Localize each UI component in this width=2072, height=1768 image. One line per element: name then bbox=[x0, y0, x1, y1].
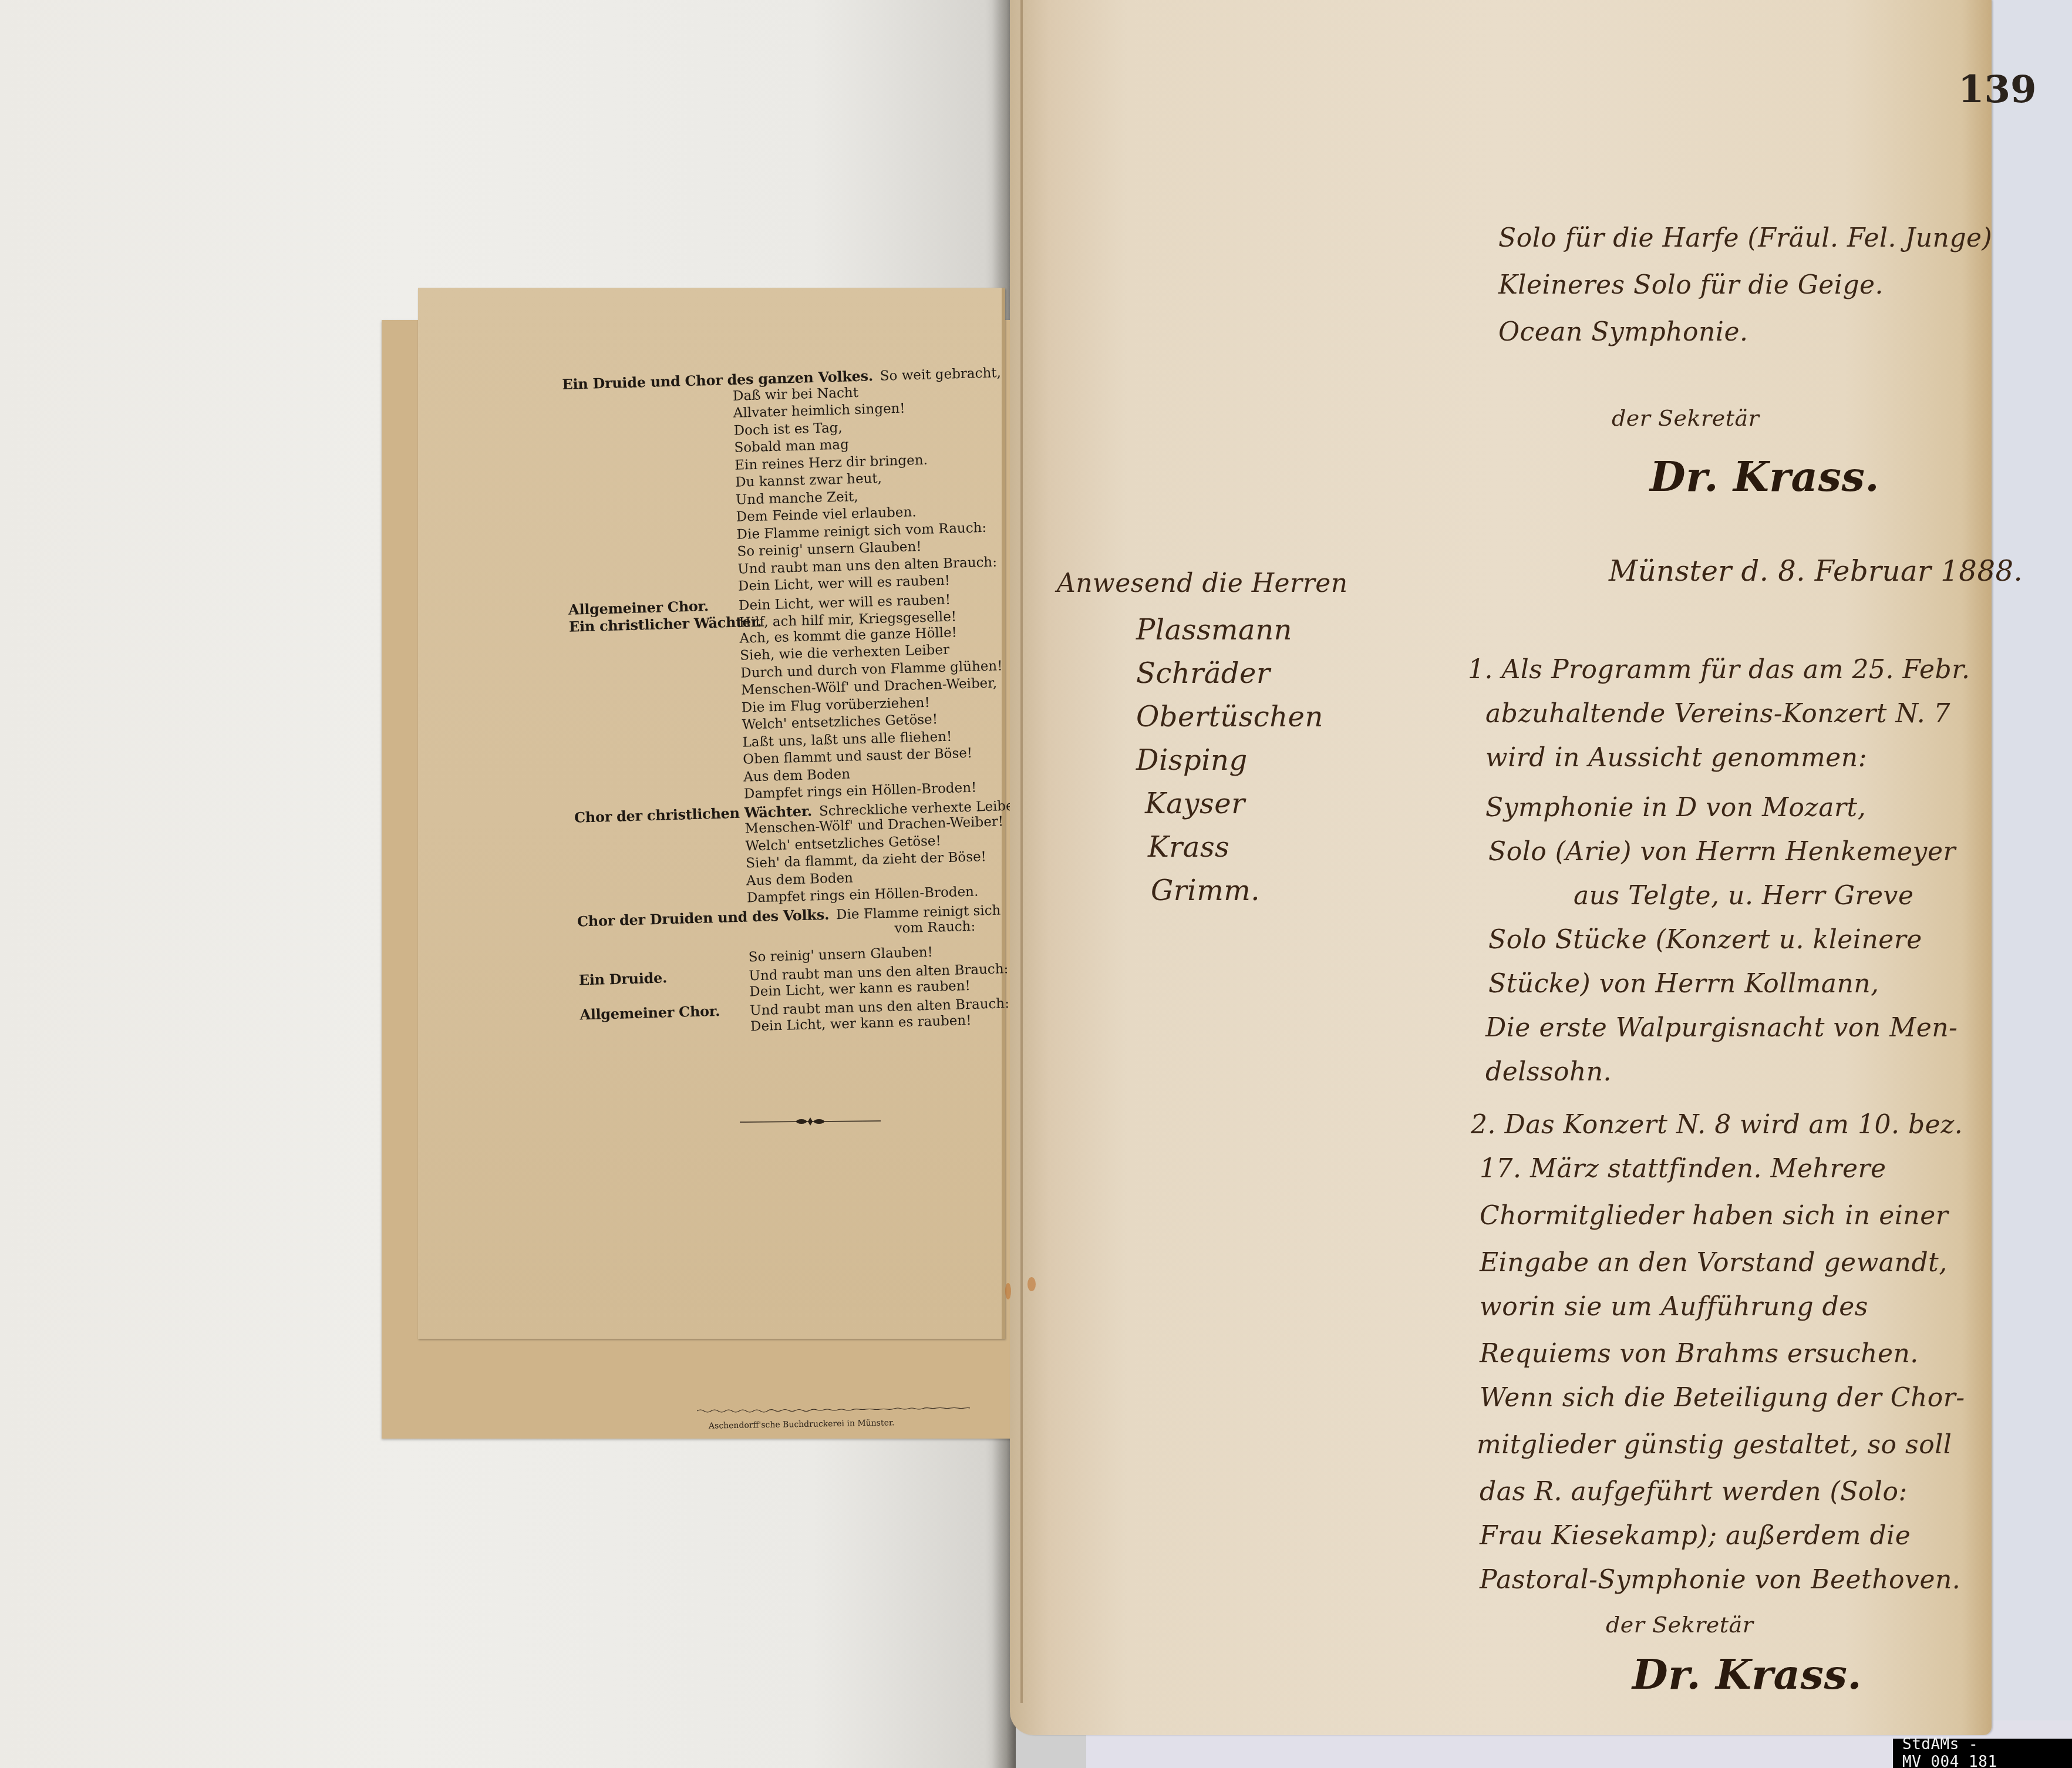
minutes-line: worin sie um Aufführung des bbox=[1480, 1292, 1868, 1322]
member-name: Kayser bbox=[1145, 787, 1332, 820]
minutes-line: Requiems von Brahms ersuchen. bbox=[1480, 1339, 1919, 1369]
verse-text: Aus dem Boden bbox=[746, 870, 854, 888]
foxing-stain bbox=[1005, 1283, 1011, 1299]
verse-text: Du kannst zwar heut, bbox=[735, 471, 882, 490]
ornament-divider-icon bbox=[740, 1116, 881, 1127]
wavy-rule-icon bbox=[697, 1406, 970, 1413]
minutes-line: Solo Stücke (Konzert u. kleinere bbox=[1488, 925, 1922, 955]
member-name: Plassmann bbox=[1136, 614, 1323, 646]
attendance-list: Plassmann Schräder Obertüschen Disping K… bbox=[1136, 614, 1323, 918]
minutes-line: 1. Als Programm für das am 25. Febr. bbox=[1468, 655, 1970, 685]
minutes-line: wird in Aussicht genommen: bbox=[1485, 743, 1867, 773]
member-name: Krass bbox=[1148, 831, 1335, 864]
minutes-line: delssohn. bbox=[1485, 1057, 1612, 1087]
secretary-signature: Dr. Krass. bbox=[1632, 1650, 1862, 1699]
place-date: Münster d. 8. Februar 1888. bbox=[1609, 555, 2023, 588]
attendance-heading: Anwesend die Herren bbox=[1057, 568, 1348, 598]
entry-line: Ocean Symphonie. bbox=[1498, 317, 1748, 347]
entry-line: Kleineres Solo für die Geige. bbox=[1498, 270, 1884, 300]
page-edge-line bbox=[1020, 0, 1023, 1703]
secretary-title: der Sekretär bbox=[1612, 405, 1759, 431]
verse-text: Daß wir bei Nacht bbox=[733, 385, 859, 403]
member-name: Obertüschen bbox=[1136, 701, 1323, 733]
verse-text: So reinig' unsern Glauben! bbox=[748, 944, 933, 965]
secretary-title: der Sekretär bbox=[1606, 1612, 1753, 1638]
minutes-line: Die erste Walpurgisnacht von Men- bbox=[1485, 1013, 1958, 1043]
printed-program-sheet: Ein Druide und Chor des ganzen Volkes.So… bbox=[418, 288, 1005, 1339]
minutes-line: 17. März stattfinden. Mehrere bbox=[1480, 1154, 1886, 1184]
verse-text: Doch ist es Tag, bbox=[733, 420, 843, 438]
verse-text: Aus dem Boden bbox=[743, 766, 851, 784]
libretto-text: Ein Druide und Chor des ganzen Volkes.So… bbox=[562, 363, 1026, 1041]
minutes-line: abzuhaltende Vereins-Konzert N. 7 bbox=[1485, 699, 1950, 729]
minutes-line: Solo (Arie) von Herrn Henkemeyer bbox=[1488, 837, 1956, 867]
left-flyleaf: Ein Druide und Chor des ganzen Volkes.So… bbox=[0, 0, 1016, 1768]
minutes-line: das R. aufgeführt werden (Solo: bbox=[1480, 1477, 1908, 1507]
verse-text: Sobald man mag bbox=[734, 437, 849, 455]
minutes-line: Chormitglieder haben sich in einer bbox=[1480, 1201, 1948, 1231]
minutes-line: Frau Kiesekamp); außerdem die bbox=[1480, 1521, 1911, 1551]
minutes-line: Eingabe an den Vorstand gewandt, bbox=[1480, 1248, 1948, 1278]
member-name: Disping bbox=[1136, 744, 1323, 777]
minutes-line: Pastoral-Symphonie von Beethoven. bbox=[1480, 1565, 1960, 1595]
archive-identifier-label: StdAMs - MV_004_181 bbox=[1893, 1739, 2072, 1768]
page-number: 139 bbox=[1958, 68, 2072, 112]
secretary-signature: Dr. Krass. bbox=[1650, 452, 1879, 501]
verse-text: Und manche Zeit, bbox=[736, 489, 858, 507]
member-name: Schräder bbox=[1136, 657, 1323, 690]
foxing-stain bbox=[1027, 1277, 1036, 1291]
minutes-line: mitglieder günstig gestaltet, so soll bbox=[1477, 1430, 1952, 1460]
minutes-line: Symphonie in D von Mozart, bbox=[1485, 793, 1866, 823]
minutes-line: Wenn sich die Beteiligung der Chor- bbox=[1480, 1383, 1965, 1413]
minutes-line: Stücke) von Herrn Kollmann, bbox=[1488, 969, 1879, 999]
minutes-line: 2. Das Konzert N. 8 wird am 10. bez. bbox=[1471, 1110, 1963, 1140]
minutes-line: aus Telgte, u. Herr Greve bbox=[1574, 881, 1913, 911]
verse-text: vom Rauch: bbox=[894, 919, 975, 937]
member-name: Grimm. bbox=[1151, 874, 1338, 907]
entry-line: Solo für die Harfe (Fräul. Fel. Junge) bbox=[1498, 223, 1992, 253]
